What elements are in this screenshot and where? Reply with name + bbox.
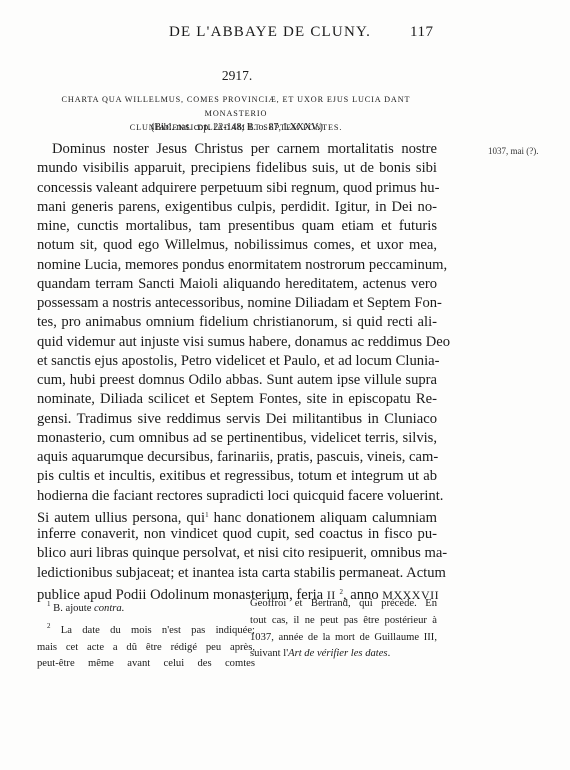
footnotes-right-column: Geoffroi et Bertrand, qui précède. En to…: [250, 596, 437, 663]
footnote-line: suivant l'Art de vérifier les dates.: [250, 646, 437, 663]
body-line: quandam terram Sancti Maioli aliquando h…: [37, 275, 437, 294]
body-line: aquis aquarumque decursibus, farinariis,…: [37, 448, 437, 467]
body-line: mine, cunctis mortalibus, tam presentibu…: [37, 217, 437, 236]
body-line: nomine Lucia, memores pondus enormitatem…: [37, 256, 437, 275]
body-line: tes, pro animabus omnium fidelium christ…: [37, 313, 437, 332]
charter-body: Dominus noster Jesus Christus per carnem…: [37, 140, 437, 602]
body-line: et sanctis ejus apostolis, Petro videlic…: [37, 352, 437, 371]
body-line: quid videmur aut injuste visi sumus habe…: [37, 333, 437, 352]
source-reference: (Bibl. nat. cop. 22-148; B. o. 87, LXXXV…: [0, 122, 474, 133]
footnote-line: peut-être même avant celui des comtes: [37, 656, 255, 673]
footnote-line: tout cas, il ne peut pas être postérieur…: [250, 613, 437, 630]
body-line: Si autem ullius persona, qui1 hanc donat…: [37, 506, 437, 525]
charter-number: 2917.: [0, 68, 474, 84]
body-line: monasterio, cum omnibus ad se pertinenti…: [37, 429, 437, 448]
body-line: ledictionibus subjaceat; et inantea ista…: [37, 564, 437, 583]
footnote-line: Geoffroi et Bertrand, qui précède. En: [250, 596, 437, 613]
footnote-text: .: [388, 648, 391, 659]
footnote-line: 1037, année de la mort de Guillaume III,: [250, 630, 437, 647]
footnote-line: mais cet acte a dû être rédigé peu après…: [37, 640, 255, 657]
body-line: blico auri libras quinque persolvat, et …: [37, 544, 437, 563]
body-text: Si autem ullius persona, qui: [37, 510, 205, 526]
body-line: inferre conaverit, non vindicet quod cup…: [37, 525, 437, 544]
charter-title-line: CHARTA QUA WILLELMUS, COMES PROVINCIÆ, E…: [30, 93, 442, 121]
body-line: concessis valeant adquirere perpetuum si…: [37, 179, 437, 198]
body-line: mundo visibilis apparuit, precipiens fid…: [37, 159, 437, 178]
footnotes-left-column: 1 B. ajoute contra. 2 La date du mois n'…: [37, 596, 255, 673]
body-line: cum, hubi preest domnus Odilo abbas. Sun…: [37, 371, 437, 390]
footnote-italic: contra.: [94, 603, 124, 614]
running-head: DE L'ABBAYE DE CLUNY.: [140, 24, 400, 41]
body-line: Dominus noster Jesus Christus per carnem…: [37, 140, 437, 159]
body-line: gensi. Tradimus sive reddimus servis Dei…: [37, 410, 437, 429]
body-line: nominate, Diliada scilicet et Septem Fon…: [37, 390, 437, 409]
margin-date-note: 1037, mai (?).: [488, 146, 538, 156]
footnote-2: 2 La date du mois n'est pas indiquée;: [37, 618, 255, 640]
footnote-1: 1 B. ajoute contra.: [37, 596, 255, 618]
body-line: pis cultis et incultis, exitibus et regr…: [37, 467, 437, 486]
body-line: notum sit, quod ego Willelmus, nobilissi…: [37, 236, 437, 255]
footnote-italic: Art de vérifier les dates: [288, 648, 387, 659]
page-number: 117: [410, 24, 433, 41]
body-line: hodierna die faciant rectores supradicti…: [37, 487, 437, 506]
footnote-text: B. ajoute: [51, 603, 95, 614]
body-line: mani generis parens, exigentibus culpis,…: [37, 198, 437, 217]
footnote-text: suivant l': [250, 648, 288, 659]
footnote-text: La date du mois n'est pas indiquée;: [51, 625, 256, 636]
body-line: possessam a nostris antecessoribus, nomi…: [37, 294, 437, 313]
body-text: hanc donationem aliquam calumniam: [209, 510, 437, 526]
